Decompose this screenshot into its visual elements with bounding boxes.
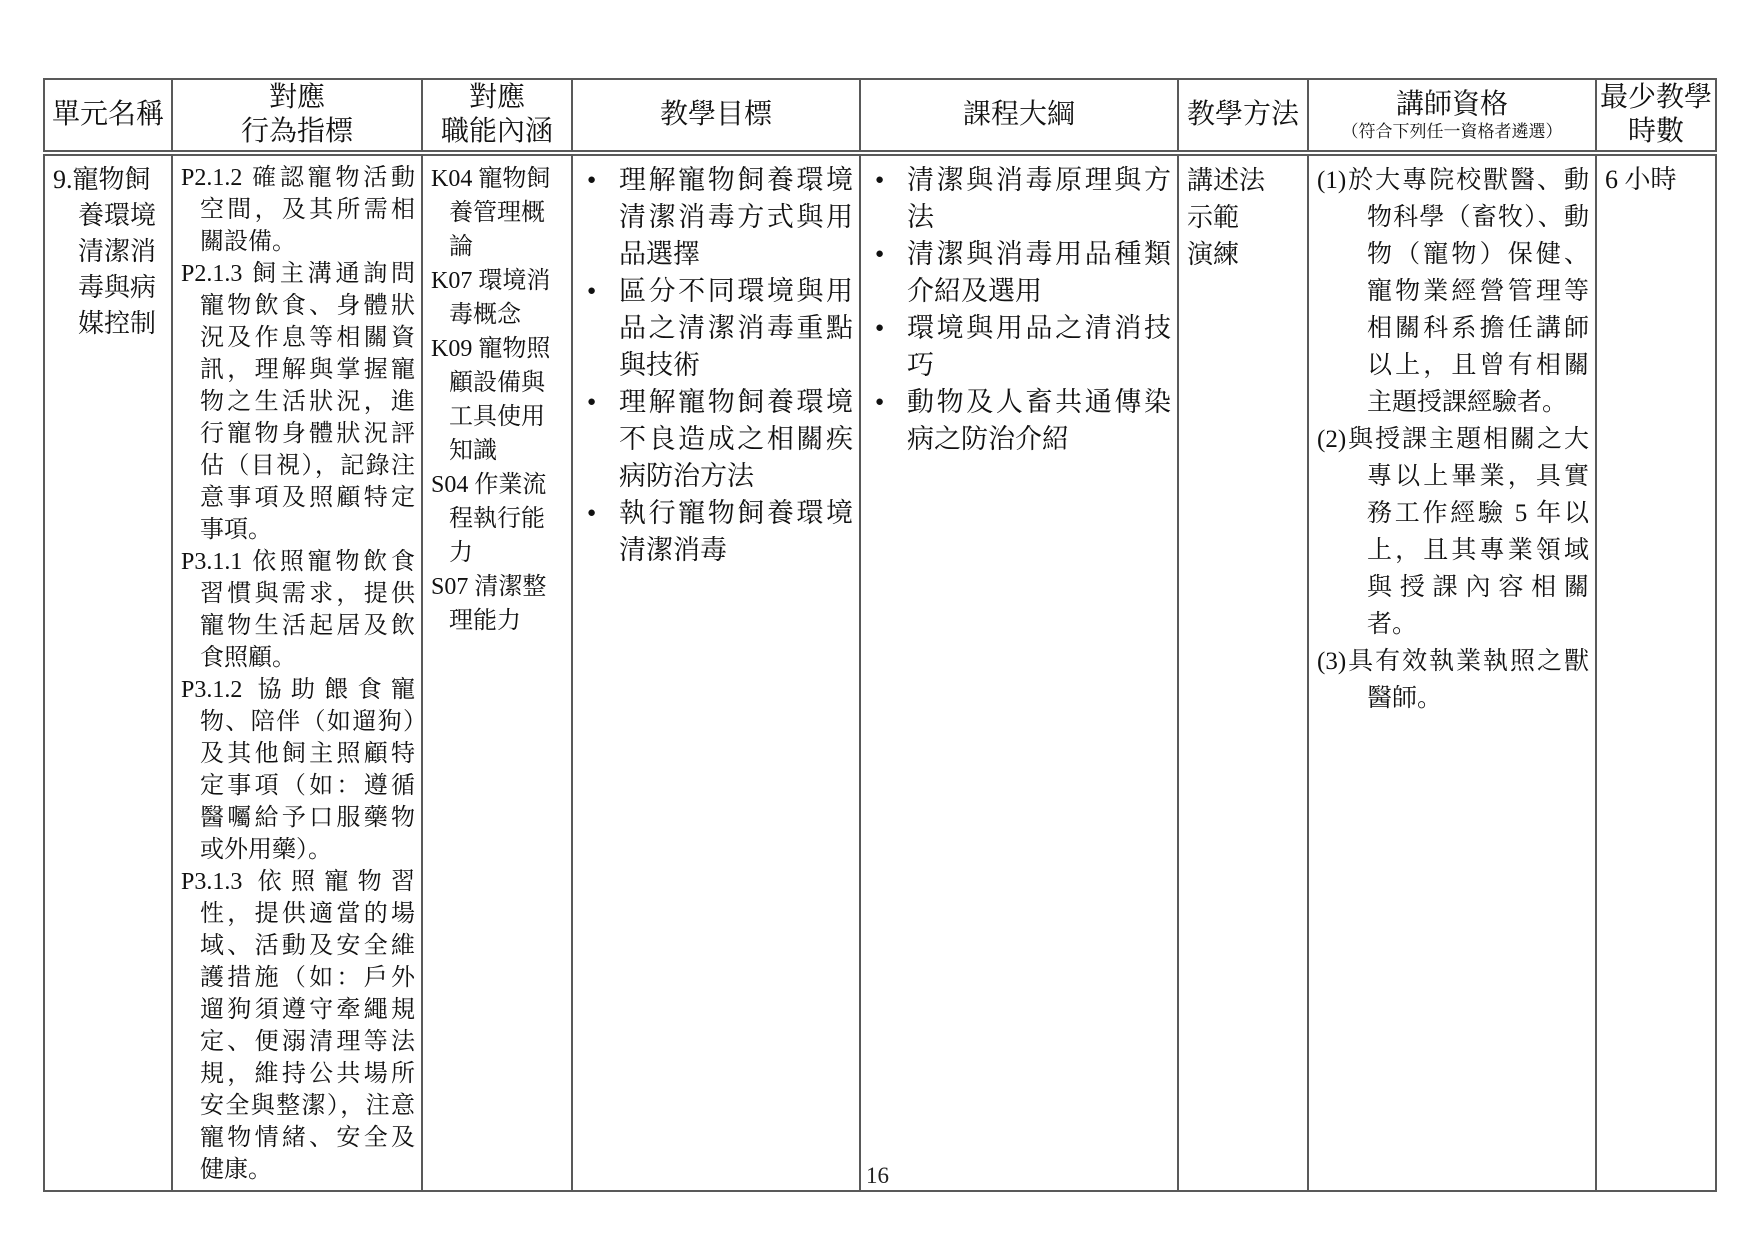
table-row: 9.寵物飼養環境清潔消毒與病媒控制 P2.1.2 確認寵物活動空間，及其所需相關… [44,153,1716,1191]
bullet-icon: ● [581,495,619,532]
competency-item: S04 作業流程執行能力 [431,468,565,570]
bullet-icon: ● [581,273,619,310]
bullet-icon: ● [581,162,619,199]
bullet-icon: ● [869,236,907,273]
header-instructor: 講師資格 （符合下列任一資格者遴選） [1308,79,1596,153]
hours-cell: 6 小時 [1596,153,1716,1191]
header-instructor-note: （符合下列任一資格者遴選） [1309,122,1595,142]
behavior-indicator-item: P3.1.2 協助餵食寵物、陪伴（如遛狗）及其他飼主照顧特定事項（如：遵循醫囑給… [181,674,415,866]
page-number: 16 [0,1163,1755,1189]
methods-cell: 講述法 示範 演練 [1178,153,1308,1191]
document-page: 單元名稱 對應 行為指標 對應 職能內涵 教學目標 課程大綱 教學方法 講師資格… [0,0,1755,1240]
competency-cell: K04 寵物飼養管理概論 K07 環境消毒概念 K09 寵物照顧設備與工具使用知… [422,153,572,1191]
behavior-indicator-item: P3.1.1 依照寵物飲食習慣與需求，提供寵物生活起居及飲食照顧。 [181,546,415,674]
competency-item: K09 寵物照顧設備與工具使用知識 [431,332,565,468]
header-min-hours: 最少教學時數 [1596,79,1716,153]
header-row: 單元名稱 對應 行為指標 對應 職能內涵 教學目標 課程大綱 教學方法 講師資格… [44,79,1716,153]
bullet-icon: ● [869,384,907,421]
behavior-indicator-item: P2.1.2 確認寵物活動空間，及其所需相關設備。 [181,162,415,258]
objective-item: ● 執行寵物飼養環境清潔消毒 [581,495,853,569]
header-objectives: 教學目標 [572,79,860,153]
outline-cell: ● 清潔與消毒原理與方法 ● 清潔與消毒用品種類介紹及選用 ● 環境與用品之清消… [860,153,1178,1191]
competency-item: K04 寵物飼養管理概論 [431,162,565,264]
bullet-icon: ● [581,384,619,421]
hours-value: 6 小時 [1605,162,1709,198]
outline-item: ● 清潔與消毒原理與方法 [869,162,1171,236]
competency-item: S07 清潔整理能力 [431,570,565,638]
method-item: 演練 [1187,236,1301,273]
qualification-item: (3)具有效執業執照之獸醫師。 [1317,643,1589,717]
objective-item: ● 區分不同環境與用品之清潔消毒重點與技術 [581,273,853,384]
method-item: 示範 [1187,199,1301,236]
bullet-icon: ● [869,162,907,199]
outline-item: ● 動物及人畜共通傳染病之防治介紹 [869,384,1171,458]
objective-item: ● 理解寵物飼養環境不良造成之相關疾病防治方法 [581,384,853,495]
header-methods: 教學方法 [1178,79,1308,153]
header-behavior-indicators: 對應 行為指標 [172,79,422,153]
objectives-cell: ● 理解寵物飼養環境清潔消毒方式與用品選擇 ● 區分不同環境與用品之清潔消毒重點… [572,153,860,1191]
behavior-indicators-cell: P2.1.2 確認寵物活動空間，及其所需相關設備。 P2.1.3 飼主溝通詢問寵… [172,153,422,1191]
outline-item: ● 清潔與消毒用品種類介紹及選用 [869,236,1171,310]
curriculum-table: 單元名稱 對應 行為指標 對應 職能內涵 教學目標 課程大綱 教學方法 講師資格… [43,78,1717,1192]
qualification-item: (1)於大專院校獸醫、動物科學（畜牧）、動物（寵物）保健、寵物業經營管理等相關科… [1317,162,1589,421]
header-outline: 課程大綱 [860,79,1178,153]
instructor-qualifications-cell: (1)於大專院校獸醫、動物科學（畜牧）、動物（寵物）保健、寵物業經營管理等相關科… [1308,153,1596,1191]
outline-item: ● 環境與用品之清消技巧 [869,310,1171,384]
behavior-indicator-item: P2.1.3 飼主溝通詢問寵物飲食、身體狀況及作息等相關資訊，理解與掌握寵物之生… [181,258,415,546]
method-item: 講述法 [1187,162,1301,199]
behavior-indicator-item: P3.1.3 依照寵物習性，提供適當的場域、活動及安全維護措施（如：戶外遛狗須遵… [181,866,415,1186]
header-unit-name: 單元名稱 [44,79,172,153]
objective-item: ● 理解寵物飼養環境清潔消毒方式與用品選擇 [581,162,853,273]
header-competency: 對應 職能內涵 [422,79,572,153]
competency-item: K07 環境消毒概念 [431,264,565,332]
qualification-item: (2)與授課主題相關之大專以上畢業，具實務工作經驗 5 年以上，且其專業領域與授… [1317,421,1589,643]
unit-name: 9.寵物飼養環境清潔消毒與病媒控制 [53,162,165,342]
unit-name-cell: 9.寵物飼養環境清潔消毒與病媒控制 [44,153,172,1191]
bullet-icon: ● [869,310,907,347]
